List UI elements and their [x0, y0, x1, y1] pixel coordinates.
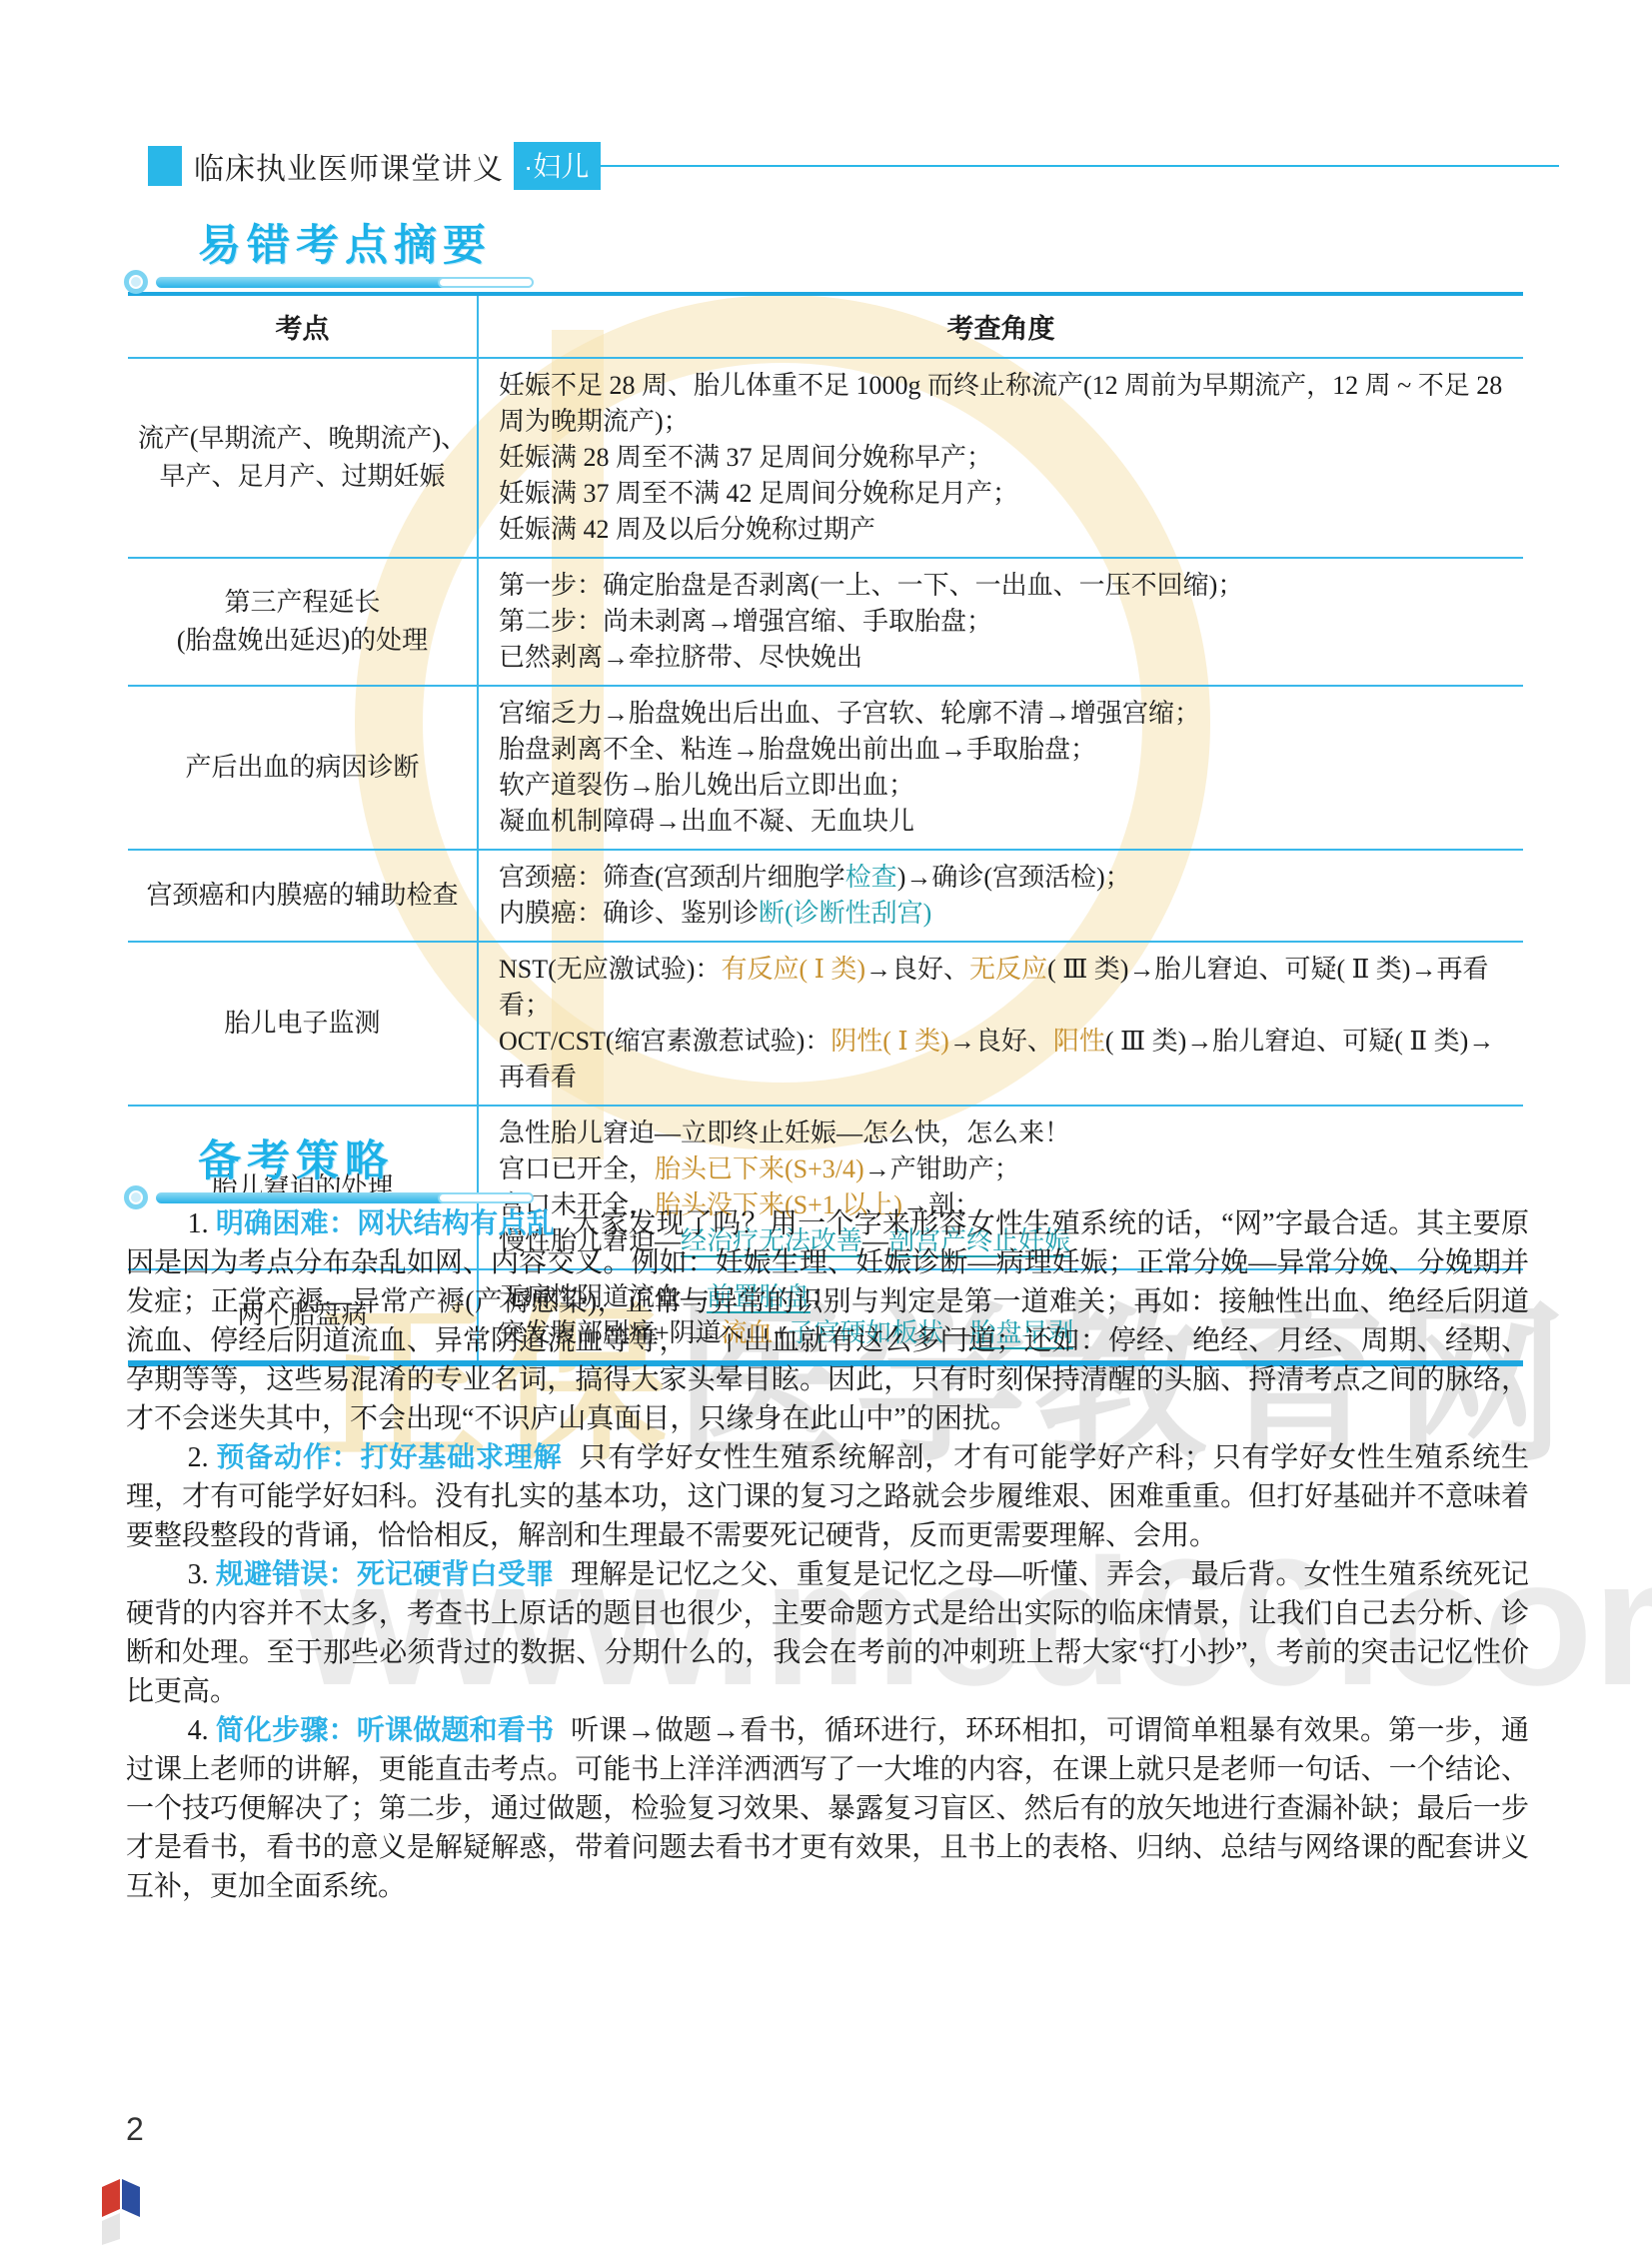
- text-segment: 已然剥离→牵拉脐带、尽快娩出: [499, 643, 862, 672]
- paragraph-heading: 明确困难：网状结构有点乱: [216, 1208, 555, 1239]
- exam-angle-line: 妊娠满 28 周至不满 37 足周间分娩称早产；: [499, 440, 1509, 476]
- paragraph-body: 大家发现了吗？用一个字来形容女性生殖系统的话，“网”字最合适。其主要原因是因为考…: [126, 1208, 1529, 1434]
- paragraph-heading: 规避错误：死记硬背白受罪: [216, 1559, 555, 1590]
- exam-angle-line: 妊娠满 37 周至不满 42 足周间分娩称足月产；: [499, 476, 1509, 512]
- exam-point-cell: 产后出血的病因诊断: [128, 686, 478, 850]
- exam-angle-cell: 第一步：确定胎盘是否剥离(一上、一下、一出血、一压不回缩)；第二步：尚未剥离→增…: [478, 558, 1523, 686]
- text-segment: 妊娠满 37 周至不满 42 足周间分娩称足月产；: [499, 479, 1018, 508]
- exam-angle-line: 第一步：确定胎盘是否剥离(一上、一下、一出血、一压不回缩)；: [499, 568, 1509, 604]
- exam-angle-cell: 宫缩乏力→胎盘娩出后出血、子宫软、轮廓不清→增强宫缩；胎盘剥离不全、粘连→胎盘娩…: [478, 686, 1523, 850]
- text-segment: )→确诊(宫颈活检)；: [897, 863, 1131, 892]
- section-title: 备考策略: [198, 1128, 476, 1188]
- text-segment: 凝血机制障碍→出血不凝、无血块儿: [499, 807, 914, 836]
- paragraph-number: 3.: [188, 1559, 216, 1590]
- section-underline: [156, 1192, 476, 1203]
- paragraph-heading: 预备动作：打好基础求理解: [216, 1442, 562, 1473]
- header-title: 临床执业医师课堂讲义: [194, 144, 504, 188]
- section-underline: [156, 277, 476, 288]
- table-row: 胎儿电子监测NST(无应激试验)：有反应( Ⅰ 类)→良好、无反应( Ⅲ 类)→…: [128, 942, 1523, 1106]
- strategy-section: 1. 明确困难：网状结构有点乱大家发现了吗？用一个字来形容女性生殖系统的话，“网…: [126, 1204, 1529, 1906]
- exam-angle-line: 内膜癌：确诊、鉴别诊断(诊断性刮宫): [499, 896, 1509, 932]
- table-header-angle: 考查角度: [478, 294, 1523, 358]
- header-rule: [601, 165, 1559, 167]
- paragraph-number: 1.: [188, 1208, 216, 1239]
- exam-angle-cell: 宫颈癌：筛查(宫颈刮片细胞学检查)→确诊(宫颈活检)；内膜癌：确诊、鉴别诊断(诊…: [478, 850, 1523, 942]
- exam-angle-line: 软产道裂伤→胎儿娩出后立即出血；: [499, 768, 1509, 804]
- exam-angle-line: 宫缩乏力→胎盘娩出后出血、子宫软、轮廓不清→增强宫缩；: [499, 696, 1509, 732]
- text-segment: 宫颈癌：筛查(宫颈刮片细胞学: [499, 863, 845, 892]
- strategy-paragraph: 1. 明确困难：网状结构有点乱大家发现了吗？用一个字来形容女性生殖系统的话，“网…: [126, 1204, 1529, 1438]
- highlight-segment: 阴性( Ⅰ 类): [830, 1027, 949, 1056]
- section-title: 易错考点摘要: [198, 212, 492, 273]
- corner-logo: [100, 2179, 142, 2250]
- strategy-paragraph: 3. 规避错误：死记硬背白受罪理解是记忆之父、重复是记忆之母—听懂、弄会，最后背…: [126, 1555, 1529, 1711]
- text-segment: 宫口已开全，: [499, 1154, 655, 1183]
- text-segment: 妊娠不足 28 周、胎儿体重不足 1000g 而终止称流产(12 周前为早期流产…: [499, 371, 1509, 436]
- text-segment: 宫缩乏力→胎盘娩出后出血、子宫软、轮廓不清→增强宫缩；: [499, 699, 1200, 728]
- highlight-segment: 有反应( Ⅰ 类): [721, 955, 865, 984]
- highlight-segment: 检查: [845, 863, 897, 892]
- header-accent-square: [148, 146, 182, 186]
- exam-angle-line: NST(无应激试验)：有反应( Ⅰ 类)→良好、无反应( Ⅲ 类)→胎儿窘迫、可…: [499, 952, 1509, 1024]
- text-segment: 内膜癌：确诊、鉴别诊: [499, 899, 759, 928]
- highlight-segment: 无反应: [969, 955, 1047, 984]
- text-segment: 软产道裂伤→胎儿娩出后立即出血；: [499, 771, 914, 800]
- exam-angle-line: 妊娠不足 28 周、胎儿体重不足 1000g 而终止称流产(12 周前为早期流产…: [499, 368, 1509, 440]
- exam-angle-line: 胎盘剥离不全、粘连→胎盘娩出前出血→手取胎盘；: [499, 732, 1509, 768]
- text-segment: NST(无应激试验)：: [499, 955, 721, 984]
- section-heading-strategy: 备考策略: [128, 1128, 476, 1203]
- page-header: 临床执业医师课堂讲义 ·妇儿: [148, 142, 1559, 190]
- table-row: 宫颈癌和内膜癌的辅助检查宫颈癌：筛查(宫颈刮片细胞学检查)→确诊(宫颈活检)；内…: [128, 850, 1523, 942]
- text-segment: 急性胎儿窘迫—立即终止妊娠—怎么快，怎么来！: [499, 1119, 1070, 1147]
- exam-angle-cell: 妊娠不足 28 周、胎儿体重不足 1000g 而终止称流产(12 周前为早期流产…: [478, 358, 1523, 558]
- text-segment: OCT/CST(缩宫素激惹试验)：: [499, 1027, 830, 1056]
- section-heading-error-points: 易错考点摘要: [128, 212, 492, 288]
- text-segment: 第二步：尚未剥离→增强宫缩、手取胎盘；: [499, 607, 992, 636]
- highlight-segment: 胎头已下来(S+3/4): [655, 1154, 864, 1183]
- exam-angle-line: 第二步：尚未剥离→增强宫缩、手取胎盘；: [499, 604, 1509, 640]
- exam-angle-line: 已然剥离→牵拉脐带、尽快娩出: [499, 640, 1509, 676]
- text-segment: 胎盘剥离不全、粘连→胎盘娩出前出血→手取胎盘；: [499, 735, 1096, 764]
- header-subject-tag: ·妇儿: [514, 142, 601, 190]
- exam-point-cell: 流产(早期流产、晚期流产)、早产、足月产、过期妊娠: [128, 358, 478, 558]
- strategy-paragraph: 2. 预备动作：打好基础求理解只有学好女性生殖系统解剖，才有可能学好产科；只有学…: [126, 1438, 1529, 1555]
- page-root: 正保医学教育网 www.med66.com 临床执业医师课堂讲义 ·妇儿 易错考…: [0, 0, 1652, 2258]
- exam-angle-line: 宫口已开全，胎头已下来(S+3/4)→产钳助产；: [499, 1151, 1509, 1187]
- strategy-paragraph: 4. 简化步骤：听课做题和看书听课→做题→看书，循环进行，环环相扣，可谓简单粗暴…: [126, 1711, 1529, 1906]
- table-header-row: 考点 考查角度: [128, 294, 1523, 358]
- text-segment: 妊娠满 42 周及以后分娩称过期产: [499, 515, 875, 544]
- highlight-segment: 阳性: [1053, 1027, 1105, 1056]
- exam-angle-line: 妊娠满 42 周及以后分娩称过期产: [499, 512, 1509, 548]
- table-row: 流产(早期流产、晚期流产)、早产、足月产、过期妊娠妊娠不足 28 周、胎儿体重不…: [128, 358, 1523, 558]
- exam-angle-line: OCT/CST(缩宫素激惹试验)：阴性( Ⅰ 类)→良好、阳性( Ⅲ 类)→胎儿…: [499, 1024, 1509, 1096]
- text-segment: 妊娠满 28 周至不满 37 足周间分娩称早产；: [499, 443, 992, 472]
- text-segment: →良好、: [865, 955, 969, 984]
- paragraph-number: 4.: [188, 1715, 216, 1746]
- table-header-point: 考点: [128, 294, 478, 358]
- text-segment: →产钳助产；: [864, 1154, 1020, 1183]
- paragraph-number: 2.: [188, 1442, 217, 1473]
- highlight-segment: 断(诊断性刮宫): [759, 899, 931, 928]
- exam-angle-line: 宫颈癌：筛查(宫颈刮片细胞学检查)→确诊(宫颈活检)；: [499, 860, 1509, 896]
- exam-point-cell: 宫颈癌和内膜癌的辅助检查: [128, 850, 478, 942]
- exam-angle-line: 凝血机制障碍→出血不凝、无血块儿: [499, 804, 1509, 840]
- text-segment: 第一步：确定胎盘是否剥离(一上、一下、一出血、一压不回缩)；: [499, 571, 1243, 600]
- exam-point-cell: 胎儿电子监测: [128, 942, 478, 1106]
- table-row: 产后出血的病因诊断宫缩乏力→胎盘娩出后出血、子宫软、轮廓不清→增强宫缩；胎盘剥离…: [128, 686, 1523, 850]
- page-number: 2: [126, 2111, 144, 2148]
- exam-angle-cell: NST(无应激试验)：有反应( Ⅰ 类)→良好、无反应( Ⅲ 类)→胎儿窘迫、可…: [478, 942, 1523, 1106]
- paragraph-heading: 简化步骤：听课做题和看书: [216, 1715, 555, 1746]
- exam-angle-line: 急性胎儿窘迫—立即终止妊娠—怎么快，怎么来！: [499, 1116, 1509, 1151]
- text-segment: →良好、: [949, 1027, 1053, 1056]
- table-row: 第三产程延长(胎盘娩出延迟)的处理第一步：确定胎盘是否剥离(一上、一下、一出血、…: [128, 558, 1523, 686]
- exam-point-cell: 第三产程延长(胎盘娩出延迟)的处理: [128, 558, 478, 686]
